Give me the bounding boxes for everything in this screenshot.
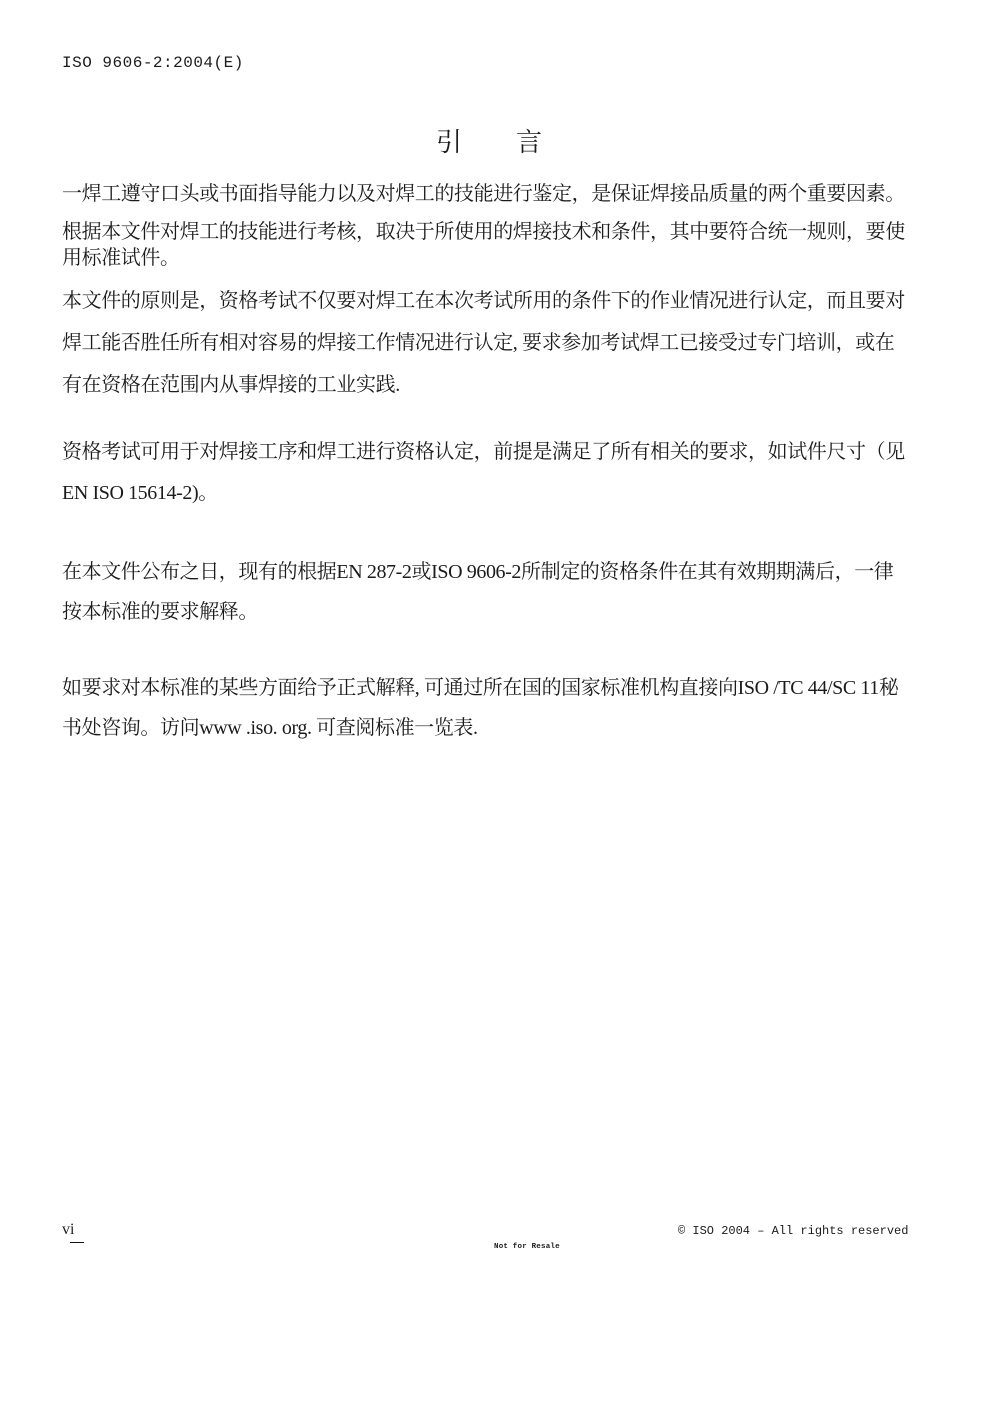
- text-line: 按本标准的要求解释。: [62, 592, 914, 632]
- text-line: 用标准试件。: [62, 245, 914, 271]
- paragraph: 如要求对本标准的某些方面给予正式解释, 可通过所在国的国家标准机构直接向ISO …: [62, 668, 914, 748]
- text-line: 本文件的原则是，资格考试不仅要对焊工在本次考试所用的条件下的作业情况进行认定，而…: [62, 280, 914, 322]
- text-line: EN ISO 15614-2)。: [62, 473, 914, 514]
- paragraph: 根据本文件对焊工的技能进行考核，取决于所使用的焊接技术和条件，其中要符合统一规则…: [62, 219, 914, 271]
- text-line: 根据本文件对焊工的技能进行考核，取决于所使用的焊接技术和条件，其中要符合统一规则…: [62, 219, 914, 245]
- text-line: 焊工能否胜任所有相对容易的焊接工作情况进行认定, 要求参加考试焊工已接受过专门培…: [62, 322, 914, 364]
- resale-watermark: Not for Resale: [494, 1243, 560, 1251]
- paragraph: 本文件的原则是，资格考试不仅要对焊工在本次考试所用的条件下的作业情况进行认定，而…: [62, 280, 914, 406]
- document-page: ISO 9606-2:2004(E) 引 言 一焊工遵守口头或书面指导能力以及对…: [0, 0, 992, 1403]
- text-line: 书处咨询。访问www .iso. org. 可查阅标准一览表.: [62, 708, 914, 748]
- copyright-notice: © ISO 2004 – All rights reserved: [678, 1224, 908, 1238]
- scan-artifact-line: [70, 1242, 84, 1243]
- text-line: 一焊工遵守口头或书面指导能力以及对焊工的技能进行鉴定，是保证焊接品质量的两个重要…: [62, 181, 914, 208]
- text-line: 如要求对本标准的某些方面给予正式解释, 可通过所在国的国家标准机构直接向ISO …: [62, 668, 914, 708]
- document-reference: ISO 9606-2:2004(E): [62, 54, 244, 72]
- section-title: 引 言: [0, 122, 992, 159]
- text-line: 资格考试可用于对焊接工序和焊工进行资格认定，前提是满足了所有相关的要求，如试件尺…: [62, 432, 914, 473]
- page-number: vi: [62, 1221, 74, 1239]
- paragraph: 一焊工遵守口头或书面指导能力以及对焊工的技能进行鉴定，是保证焊接品质量的两个重要…: [62, 181, 914, 208]
- paragraph: 资格考试可用于对焊接工序和焊工进行资格认定，前提是满足了所有相关的要求，如试件尺…: [62, 432, 914, 514]
- text-line: 在本文件公布之日，现有的根据EN 287-2或ISO 9606-2所制定的资格条…: [62, 552, 914, 592]
- text-line: 有在资格在范围内从事焊接的工业实践.: [62, 364, 914, 406]
- paragraph: 在本文件公布之日，现有的根据EN 287-2或ISO 9606-2所制定的资格条…: [62, 552, 914, 632]
